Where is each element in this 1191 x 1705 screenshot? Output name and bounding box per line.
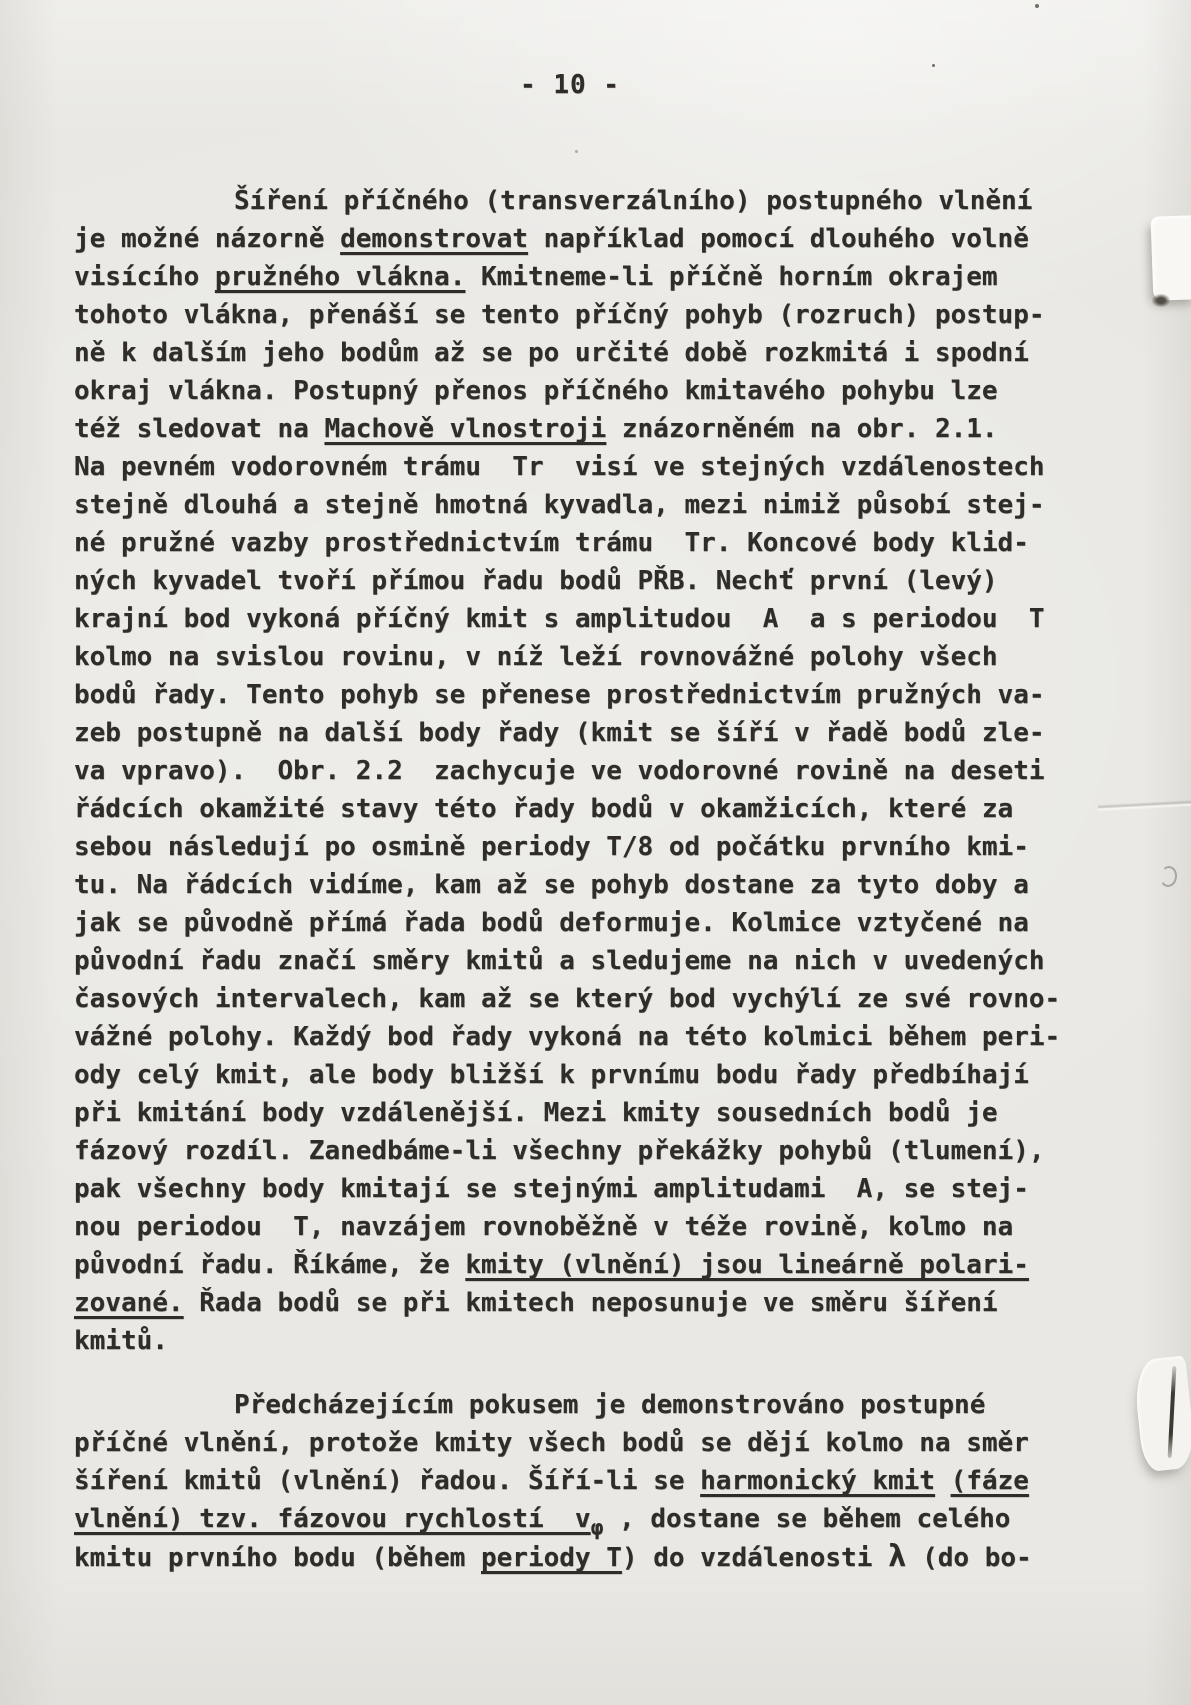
text-segment: ně k dalším jeho bodům až se po určité d… bbox=[74, 338, 1029, 368]
text-line: vlnění) tzv. fázovou rychlostí vφ , dost… bbox=[74, 1500, 1134, 1538]
text-line: původní řadu značí směry kmitů a sleduje… bbox=[74, 942, 1134, 980]
text-segment: visícího bbox=[74, 262, 215, 292]
text-segment: okraj vlákna. Postupný přenos příčného k… bbox=[74, 376, 998, 406]
text-line: stejně dlouhá a stejně hmotná kyvadla, m… bbox=[74, 486, 1134, 524]
text-line: kolmo na svislou rovinu, v níž leží rovn… bbox=[74, 638, 1134, 676]
underlined-text: harmonický kmit bbox=[700, 1466, 935, 1496]
underlined-text: demonstrovat bbox=[340, 224, 528, 254]
text-line: šíření kmitů (vlnění) řadou. Šíří-li se … bbox=[74, 1462, 1134, 1500]
pencil-mark-artifact bbox=[1159, 865, 1179, 888]
text-segment: jak se původně přímá řada bodů deformuje… bbox=[74, 908, 1029, 938]
ink-speck bbox=[1035, 4, 1039, 8]
underlined-text: vlnění) tzv. fázovou rychlostí v bbox=[74, 1504, 591, 1534]
text-line: Šíření příčného (transverzálního) postup… bbox=[74, 182, 1134, 220]
text-segment: kmitů. bbox=[74, 1326, 168, 1356]
ink-speck bbox=[932, 64, 935, 67]
underlined-text: zované. bbox=[74, 1288, 184, 1318]
text-segment: tu. Na řádcích vidíme, kam až se pohyb d… bbox=[74, 870, 1029, 900]
ink-blob-artifact bbox=[1152, 294, 1170, 307]
text-segment: zeb postupně na další body řady (kmit se… bbox=[74, 718, 1045, 748]
text-segment: znázorněném na obr. 2.1. bbox=[606, 414, 997, 444]
text-line: okraj vlákna. Postupný přenos příčného k… bbox=[74, 372, 1134, 410]
underlined-text: pružného vlákna. bbox=[215, 262, 465, 292]
text-line: Předcházejícím pokusem je demonstrováno … bbox=[74, 1386, 1134, 1424]
text-line: kmitu prvního bodu (během periody T) do … bbox=[74, 1538, 1134, 1576]
text-line: va vpravo). Obr. 2.2 zachycuje ve vodoro… bbox=[74, 752, 1134, 790]
text-line: příčné vlnění, protože kmity všech bodů … bbox=[74, 1424, 1134, 1462]
text-segment: příčné vlnění, protože kmity všech bodů … bbox=[74, 1428, 1029, 1458]
text-line: nou periodou T, navzájem rovnoběžně v té… bbox=[74, 1208, 1134, 1246]
text-segment: λ bbox=[888, 1539, 906, 1574]
text-line: krajní bod vykoná příčný kmit s amplitud… bbox=[74, 600, 1134, 638]
text-segment: (do bo- bbox=[906, 1543, 1031, 1573]
page-number: - 10 - bbox=[0, 70, 1140, 100]
text-segment: též sledovat na bbox=[74, 414, 324, 444]
text-line: sebou následují po osmině periody T/8 od… bbox=[74, 828, 1134, 866]
text-segment: původní řadu. Říkáme, že bbox=[74, 1250, 465, 1280]
text-segment: sebou následují po osmině periody T/8 od… bbox=[74, 832, 1029, 862]
text-line: ně k dalším jeho bodům až se po určité d… bbox=[74, 334, 1134, 372]
text-line: původní řadu. Říkáme, že kmity (vlnění) … bbox=[74, 1246, 1134, 1284]
text-line: visícího pružného vlákna. Kmitneme-li př… bbox=[74, 258, 1134, 296]
text-line: tohoto vlákna, přenáší se tento příčný p… bbox=[74, 296, 1134, 334]
text-segment: bodů řady. Tento pohyb se přenese prostř… bbox=[74, 680, 1045, 710]
text-segment bbox=[935, 1466, 951, 1496]
text-line: bodů řady. Tento pohyb se přenese prostř… bbox=[74, 676, 1134, 714]
text-segment: fázový rozdíl. Zanedbáme-li všechny přek… bbox=[74, 1136, 1045, 1166]
text-line: jak se původně přímá řada bodů deformuje… bbox=[74, 904, 1134, 942]
text-line: při kmitání body vzdálenější. Mezi kmity… bbox=[74, 1094, 1134, 1132]
underlined-text: (fáze bbox=[951, 1466, 1029, 1496]
underlined-text: periody T bbox=[481, 1543, 622, 1573]
text-segment: va vpravo). Obr. 2.2 zachycuje ve vodoro… bbox=[74, 756, 1045, 786]
paper-tear-artifact bbox=[1138, 1358, 1191, 1470]
text-segment: Na pevném vodorovném trámu Tr visí ve st… bbox=[74, 452, 1045, 482]
text-segment: nou periodou T, navzájem rovnoběžně v té… bbox=[74, 1212, 1013, 1242]
text-segment: například pomocí dlouhého volně bbox=[528, 224, 1029, 254]
text-segment: je možné názorně bbox=[74, 224, 340, 254]
text-segment: Kmitneme-li příčně horním okrajem bbox=[465, 262, 997, 292]
text-line: vážné polohy. Každý bod řady vykoná na t… bbox=[74, 1018, 1134, 1056]
paper-tear-flap bbox=[1132, 1356, 1191, 1473]
text-segment: φ bbox=[591, 1515, 604, 1540]
paper-tab-artifact bbox=[1151, 215, 1191, 301]
text-segment: ných kyvadel tvoří přímou řadu bodů PŘB.… bbox=[74, 566, 998, 596]
text-line: kmitů. bbox=[74, 1322, 1134, 1360]
text-segment: řádcích okamžité stavy této řady bodů v … bbox=[74, 794, 1013, 824]
text-line: řádcích okamžité stavy této řady bodů v … bbox=[74, 790, 1134, 828]
paragraph: Předcházejícím pokusem je demonstrováno … bbox=[74, 1386, 1134, 1576]
text-segment: stejně dlouhá a stejně hmotná kyvadla, m… bbox=[74, 490, 1045, 520]
text-segment: , dostane se během celého bbox=[603, 1504, 1010, 1534]
text-line: fázový rozdíl. Zanedbáme-li všechny přek… bbox=[74, 1132, 1134, 1170]
underlined-text: kmity (vlnění) jsou lineárně polari- bbox=[465, 1250, 1029, 1280]
text-line: zované. Řada bodů se při kmitech neposun… bbox=[74, 1284, 1134, 1322]
text-segment: ) do vzdálenosti bbox=[622, 1543, 888, 1573]
text-body: Šíření příčného (transverzálního) postup… bbox=[74, 182, 1134, 1576]
text-segment: Řada bodů se při kmitech neposunuje ve s… bbox=[184, 1288, 998, 1318]
ink-speck bbox=[575, 150, 578, 153]
text-line: né pružné vazby prostřednictvím trámu Tr… bbox=[74, 524, 1134, 562]
text-line: tu. Na řádcích vidíme, kam až se pohyb d… bbox=[74, 866, 1134, 904]
text-segment: pak všechny body kmitají se stejnými amp… bbox=[74, 1174, 1029, 1204]
text-line: ných kyvadel tvoří přímou řadu bodů PŘB.… bbox=[74, 562, 1134, 600]
text-segment: šíření kmitů (vlnění) řadou. Šíří-li se bbox=[74, 1466, 700, 1496]
text-line: je možné názorně demonstrovat například … bbox=[74, 220, 1134, 258]
text-segment: vážné polohy. Každý bod řady vykoná na t… bbox=[74, 1022, 1060, 1052]
paragraph: Šíření příčného (transverzálního) postup… bbox=[74, 182, 1134, 1360]
text-segment: ody celý kmit, ale body bližší k prvnímu… bbox=[74, 1060, 1029, 1090]
text-line: též sledovat na Machově vlnostroji znázo… bbox=[74, 410, 1134, 448]
text-segment: původní řadu značí směry kmitů a sleduje… bbox=[74, 946, 1045, 976]
text-segment: tohoto vlákna, přenáší se tento příčný p… bbox=[74, 300, 1045, 330]
scanned-document-page: - 10 - Šíření příčného (transverzálního)… bbox=[0, 0, 1191, 1705]
text-segment: při kmitání body vzdálenější. Mezi kmity… bbox=[74, 1098, 998, 1128]
text-segment: kolmo na svislou rovinu, v níž leží rovn… bbox=[74, 642, 998, 672]
underlined-text: Machově vlnostroji bbox=[324, 414, 606, 444]
text-segment: časových intervalech, kam až se který bo… bbox=[74, 984, 1060, 1014]
text-line: zeb postupně na další body řady (kmit se… bbox=[74, 714, 1134, 752]
text-line: časových intervalech, kam až se který bo… bbox=[74, 980, 1134, 1018]
text-segment: krajní bod vykoná příčný kmit s amplitud… bbox=[74, 604, 1045, 634]
text-line: ody celý kmit, ale body bližší k prvnímu… bbox=[74, 1056, 1134, 1094]
text-line: pak všechny body kmitají se stejnými amp… bbox=[74, 1170, 1134, 1208]
text-segment: Předcházejícím pokusem je demonstrováno … bbox=[234, 1390, 985, 1420]
text-segment: kmitu prvního bodu (během bbox=[74, 1543, 481, 1573]
text-segment: Šíření příčného (transverzálního) postup… bbox=[234, 186, 1032, 216]
text-segment: né pružné vazby prostřednictvím trámu Tr… bbox=[74, 528, 1029, 558]
text-line: Na pevném vodorovném trámu Tr visí ve st… bbox=[74, 448, 1134, 486]
